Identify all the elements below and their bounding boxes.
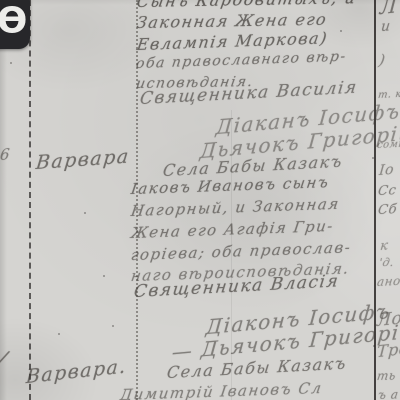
- ink-speck: [373, 345, 375, 347]
- ink-speck: [84, 212, 86, 214]
- ink-speck: [58, 333, 60, 335]
- handwriting-layer: ВарвараВарвара.Сынъ Карбовитыхъ, иЗаконн…: [0, 0, 400, 400]
- document-scan: ВарвараВарвара.Сынъ Карбовитыхъ, иЗаконн…: [0, 0, 400, 400]
- ink-speck: [112, 325, 114, 327]
- register-line: Жена его Агафія Гри-: [130, 218, 335, 242]
- ink-speck: [340, 30, 342, 32]
- right-column-fragment: Лош: [376, 307, 400, 330]
- right-column-fragment: Л: [379, 0, 398, 18]
- right-column-fragment: Тро: [376, 340, 400, 361]
- margin-mark: /: [0, 348, 11, 373]
- right-column-fragment: и: [380, 19, 391, 35]
- logo-badge[interactable]: Ѳ: [0, 0, 30, 49]
- name-column-entry: Варвара: [35, 146, 131, 174]
- right-column-fragment: т. к.: [377, 89, 400, 102]
- register-line: Димитрій Івановъ Сл: [119, 380, 324, 400]
- right-column-fragment: ): [378, 52, 387, 69]
- right-column-fragment: соміи: [376, 138, 400, 151]
- right-column-fragment: Іо: [378, 163, 394, 180]
- ink-speck: [10, 62, 12, 64]
- margin-mark: 6: [0, 146, 12, 164]
- ink-speck: [103, 275, 105, 277]
- register-line: Нагорный, и Законная: [130, 196, 341, 220]
- right-column-fragment: ано: [376, 275, 400, 290]
- right-column-fragment: ъ а: [377, 388, 399, 400]
- logo-glyph: Ѳ: [0, 1, 27, 42]
- right-column-fragment: 'д.: [378, 257, 395, 269]
- name-column-entry: Варвара.: [25, 356, 127, 388]
- register-line: Іаковъ Ивановъ сынъ: [130, 174, 331, 198]
- register-line: оба православнаго вѣр-: [135, 50, 348, 73]
- right-column-fragment: Сб: [377, 203, 398, 218]
- right-column-fragment: к: [379, 239, 389, 254]
- right-column-fragment: Сс: [377, 184, 397, 199]
- ink-speck: [305, 118, 307, 120]
- ink-speck: [372, 157, 374, 159]
- right-column-fragment: ть к: [376, 369, 400, 383]
